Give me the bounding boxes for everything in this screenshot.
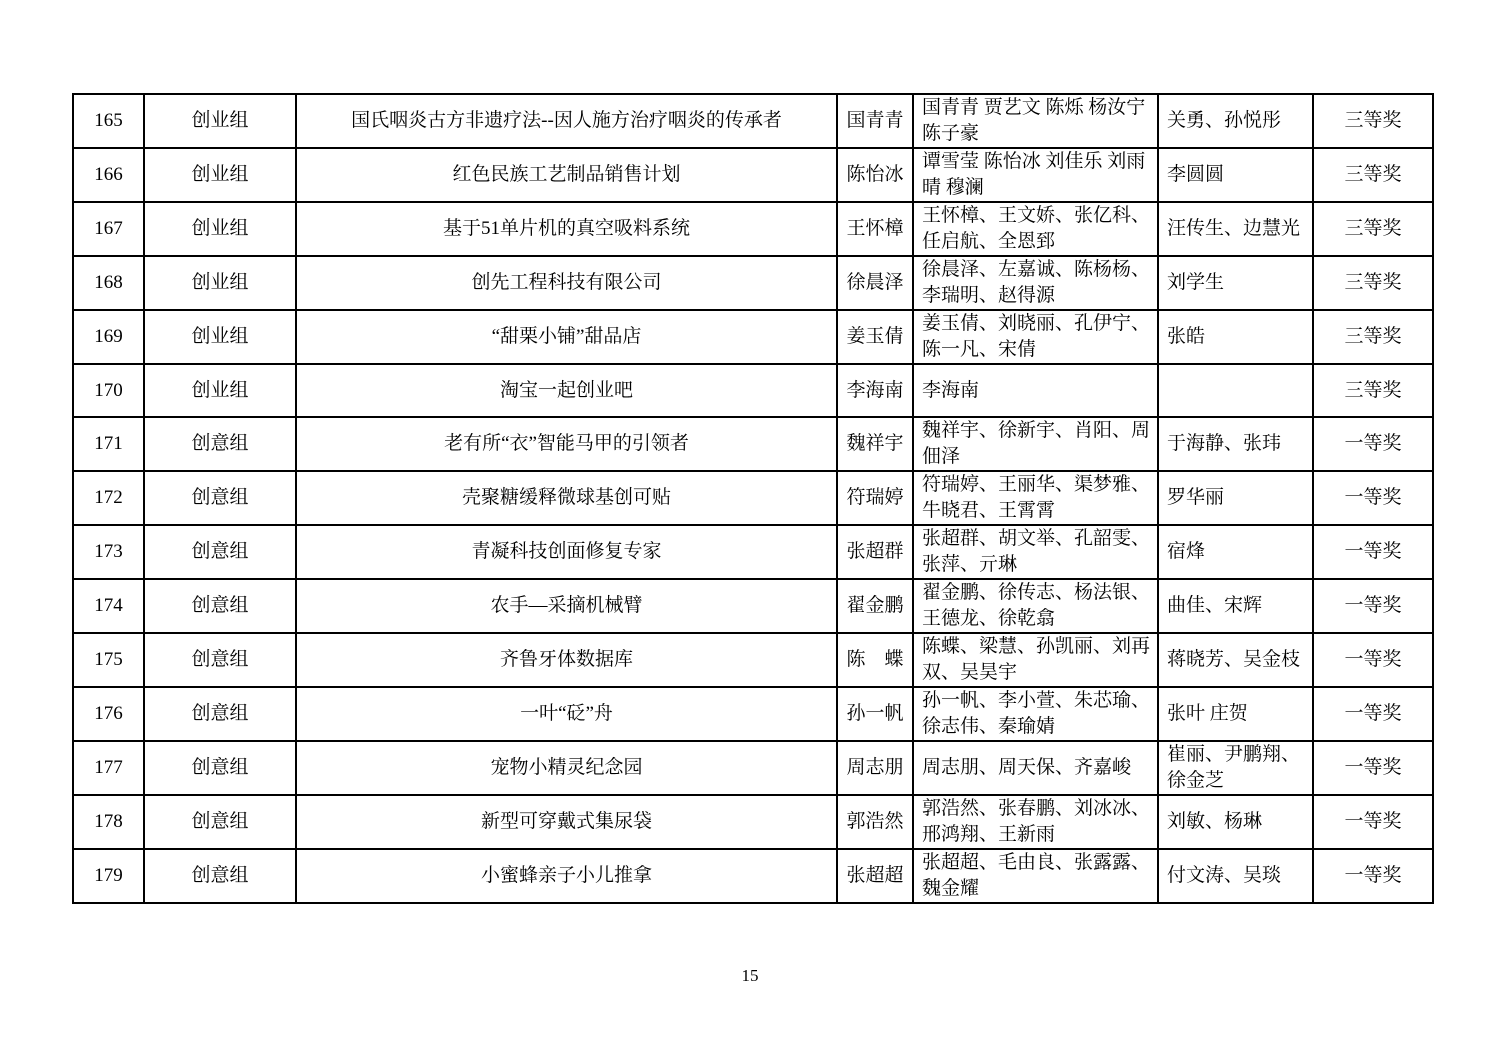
cell-project-name: 创先工程科技有限公司 bbox=[296, 256, 837, 310]
table-row: 174 创意组 农手—采摘机械臂 翟金鹏 翟金鹏、徐传志、杨法银、王德龙、徐乾翕… bbox=[73, 579, 1433, 633]
cell-advisors: 宿烽 bbox=[1158, 525, 1313, 579]
cell-serial-number: 177 bbox=[73, 741, 144, 795]
cell-advisors bbox=[1158, 364, 1313, 417]
cell-serial-number: 172 bbox=[73, 471, 144, 525]
table-row: 177 创意组 宠物小精灵纪念园 周志朋 周志朋、周天保、齐嘉峻 崔丽、尹鹏翔、… bbox=[73, 741, 1433, 795]
table-row: 170 创业组 淘宝一起创业吧 李海南 李海南 三等奖 bbox=[73, 364, 1433, 417]
cell-advisors: 崔丽、尹鹏翔、徐金芝 bbox=[1158, 741, 1313, 795]
cell-serial-number: 179 bbox=[73, 849, 144, 903]
cell-project-name: 齐鲁牙体数据库 bbox=[296, 633, 837, 687]
cell-project-name: 壳聚糖缓释微球基创可贴 bbox=[296, 471, 837, 525]
cell-leader: 郭浩然 bbox=[837, 795, 913, 849]
cell-leader: 李海南 bbox=[837, 364, 913, 417]
cell-serial-number: 175 bbox=[73, 633, 144, 687]
cell-award: 一等奖 bbox=[1313, 795, 1433, 849]
table-row: 178 创意组 新型可穿戴式集尿袋 郭浩然 郭浩然、张春鹏、刘冰冰、邢鸿翔、王新… bbox=[73, 795, 1433, 849]
cell-group: 创意组 bbox=[144, 795, 296, 849]
table-row: 168 创业组 创先工程科技有限公司 徐晨泽 徐晨泽、左嘉诚、陈杨杨、李瑞明、赵… bbox=[73, 256, 1433, 310]
cell-serial-number: 171 bbox=[73, 417, 144, 471]
cell-leader: 陈 蝶 bbox=[837, 633, 913, 687]
cell-advisors: 于海静、张玮 bbox=[1158, 417, 1313, 471]
cell-leader: 魏祥宇 bbox=[837, 417, 913, 471]
cell-group: 创业组 bbox=[144, 256, 296, 310]
table-row: 167 创业组 基于51单片机的真空吸料系统 王怀樟 王怀樟、王文娇、张亿科、任… bbox=[73, 202, 1433, 256]
cell-group: 创意组 bbox=[144, 417, 296, 471]
cell-serial-number: 173 bbox=[73, 525, 144, 579]
cell-leader: 周志朋 bbox=[837, 741, 913, 795]
cell-award: 三等奖 bbox=[1313, 256, 1433, 310]
cell-group: 创业组 bbox=[144, 364, 296, 417]
cell-advisors: 李圆圆 bbox=[1158, 148, 1313, 202]
cell-project-name: 淘宝一起创业吧 bbox=[296, 364, 837, 417]
cell-advisors: 张皓 bbox=[1158, 310, 1313, 364]
cell-leader: 张超超 bbox=[837, 849, 913, 903]
table-row: 175 创意组 齐鲁牙体数据库 陈 蝶 陈蝶、梁慧、孙凯丽、刘再双、吴昊宇 蒋晓… bbox=[73, 633, 1433, 687]
table-row: 165 创业组 国氏咽炎古方非遗疗法--因人施方治疗咽炎的传承者 国青青 国青青… bbox=[73, 94, 1433, 148]
cell-group: 创业组 bbox=[144, 310, 296, 364]
cell-award: 三等奖 bbox=[1313, 148, 1433, 202]
table-row: 172 创意组 壳聚糖缓释微球基创可贴 符瑞婷 符瑞婷、王丽华、渠梦雅、牛晓君、… bbox=[73, 471, 1433, 525]
cell-advisors: 曲佳、宋辉 bbox=[1158, 579, 1313, 633]
cell-group: 创意组 bbox=[144, 525, 296, 579]
cell-award: 一等奖 bbox=[1313, 633, 1433, 687]
cell-advisors: 张叶 庄贺 bbox=[1158, 687, 1313, 741]
cell-project-name: 农手—采摘机械臂 bbox=[296, 579, 837, 633]
cell-serial-number: 174 bbox=[73, 579, 144, 633]
cell-members: 周志朋、周天保、齐嘉峻 bbox=[913, 741, 1158, 795]
table-row: 173 创意组 青凝科技创面修复专家 张超群 张超群、胡文举、孔韶雯、张萍、亓琳… bbox=[73, 525, 1433, 579]
cell-serial-number: 167 bbox=[73, 202, 144, 256]
cell-project-name: 老有所“衣”智能马甲的引领者 bbox=[296, 417, 837, 471]
cell-advisors: 罗华丽 bbox=[1158, 471, 1313, 525]
cell-group: 创意组 bbox=[144, 687, 296, 741]
cell-members: 谭雪莹 陈怡冰 刘佳乐 刘雨晴 穆澜 bbox=[913, 148, 1158, 202]
cell-leader: 翟金鹏 bbox=[837, 579, 913, 633]
cell-project-name: 宠物小精灵纪念园 bbox=[296, 741, 837, 795]
cell-award: 一等奖 bbox=[1313, 687, 1433, 741]
cell-members: 翟金鹏、徐传志、杨法银、王德龙、徐乾翕 bbox=[913, 579, 1158, 633]
cell-members: 王怀樟、王文娇、张亿科、任启航、全恩郅 bbox=[913, 202, 1158, 256]
cell-group: 创业组 bbox=[144, 94, 296, 148]
table-row: 166 创业组 红色民族工艺制品销售计划 陈怡冰 谭雪莹 陈怡冰 刘佳乐 刘雨晴… bbox=[73, 148, 1433, 202]
award-results-table: 165 创业组 国氏咽炎古方非遗疗法--因人施方治疗咽炎的传承者 国青青 国青青… bbox=[72, 93, 1434, 904]
page-number: 15 bbox=[0, 966, 1500, 986]
cell-advisors: 付文涛、吴琰 bbox=[1158, 849, 1313, 903]
cell-serial-number: 178 bbox=[73, 795, 144, 849]
cell-award: 一等奖 bbox=[1313, 471, 1433, 525]
cell-serial-number: 169 bbox=[73, 310, 144, 364]
cell-group: 创业组 bbox=[144, 148, 296, 202]
cell-award: 三等奖 bbox=[1313, 94, 1433, 148]
cell-project-name: 青凝科技创面修复专家 bbox=[296, 525, 837, 579]
cell-award: 三等奖 bbox=[1313, 202, 1433, 256]
cell-leader: 张超群 bbox=[837, 525, 913, 579]
cell-leader: 王怀樟 bbox=[837, 202, 913, 256]
cell-group: 创意组 bbox=[144, 471, 296, 525]
cell-members: 郭浩然、张春鹏、刘冰冰、邢鸿翔、王新雨 bbox=[913, 795, 1158, 849]
cell-award: 一等奖 bbox=[1313, 849, 1433, 903]
cell-award: 三等奖 bbox=[1313, 310, 1433, 364]
cell-serial-number: 166 bbox=[73, 148, 144, 202]
cell-leader: 符瑞婷 bbox=[837, 471, 913, 525]
cell-serial-number: 170 bbox=[73, 364, 144, 417]
cell-advisors: 汪传生、边慧光 bbox=[1158, 202, 1313, 256]
cell-members: 姜玉倩、刘晓丽、孔伊宁、陈一凡、宋倩 bbox=[913, 310, 1158, 364]
cell-advisors: 蒋晓芳、吴金枝 bbox=[1158, 633, 1313, 687]
cell-project-name: 小蜜蜂亲子小儿推拿 bbox=[296, 849, 837, 903]
cell-leader: 国青青 bbox=[837, 94, 913, 148]
cell-members: 陈蝶、梁慧、孙凯丽、刘再双、吴昊宇 bbox=[913, 633, 1158, 687]
cell-project-name: 国氏咽炎古方非遗疗法--因人施方治疗咽炎的传承者 bbox=[296, 94, 837, 148]
cell-project-name: 基于51单片机的真空吸料系统 bbox=[296, 202, 837, 256]
cell-members: 孙一帆、李小萱、朱芯瑜、徐志伟、秦瑜婧 bbox=[913, 687, 1158, 741]
cell-members: 张超超、毛由良、张露露、魏金耀 bbox=[913, 849, 1158, 903]
table-row: 176 创意组 一叶“砭”舟 孙一帆 孙一帆、李小萱、朱芯瑜、徐志伟、秦瑜婧 张… bbox=[73, 687, 1433, 741]
cell-award: 一等奖 bbox=[1313, 525, 1433, 579]
cell-group: 创业组 bbox=[144, 202, 296, 256]
table-row: 171 创意组 老有所“衣”智能马甲的引领者 魏祥宇 魏祥宇、徐新宇、肖阳、周佃… bbox=[73, 417, 1433, 471]
cell-advisors: 刘敏、杨琳 bbox=[1158, 795, 1313, 849]
cell-members: 国青青 贾艺文 陈烁 杨汝宁 陈子豪 bbox=[913, 94, 1158, 148]
cell-members: 魏祥宇、徐新宇、肖阳、周佃泽 bbox=[913, 417, 1158, 471]
cell-award: 三等奖 bbox=[1313, 364, 1433, 417]
cell-serial-number: 176 bbox=[73, 687, 144, 741]
cell-serial-number: 165 bbox=[73, 94, 144, 148]
cell-leader: 陈怡冰 bbox=[837, 148, 913, 202]
cell-project-name: 红色民族工艺制品销售计划 bbox=[296, 148, 837, 202]
cell-advisors: 关勇、孙悦彤 bbox=[1158, 94, 1313, 148]
cell-serial-number: 168 bbox=[73, 256, 144, 310]
cell-leader: 姜玉倩 bbox=[837, 310, 913, 364]
award-table-body: 165 创业组 国氏咽炎古方非遗疗法--因人施方治疗咽炎的传承者 国青青 国青青… bbox=[73, 94, 1433, 903]
cell-members: 李海南 bbox=[913, 364, 1158, 417]
cell-leader: 孙一帆 bbox=[837, 687, 913, 741]
cell-award: 一等奖 bbox=[1313, 417, 1433, 471]
cell-group: 创意组 bbox=[144, 633, 296, 687]
cell-project-name: 一叶“砭”舟 bbox=[296, 687, 837, 741]
cell-members: 徐晨泽、左嘉诚、陈杨杨、李瑞明、赵得源 bbox=[913, 256, 1158, 310]
cell-project-name: 新型可穿戴式集尿袋 bbox=[296, 795, 837, 849]
cell-group: 创意组 bbox=[144, 849, 296, 903]
cell-members: 张超群、胡文举、孔韶雯、张萍、亓琳 bbox=[913, 525, 1158, 579]
cell-award: 一等奖 bbox=[1313, 579, 1433, 633]
cell-leader: 徐晨泽 bbox=[837, 256, 913, 310]
cell-advisors: 刘学生 bbox=[1158, 256, 1313, 310]
cell-group: 创意组 bbox=[144, 579, 296, 633]
cell-group: 创意组 bbox=[144, 741, 296, 795]
cell-members: 符瑞婷、王丽华、渠梦雅、牛晓君、王霄霄 bbox=[913, 471, 1158, 525]
cell-award: 一等奖 bbox=[1313, 741, 1433, 795]
table-row: 169 创业组 “甜栗小铺”甜品店 姜玉倩 姜玉倩、刘晓丽、孔伊宁、陈一凡、宋倩… bbox=[73, 310, 1433, 364]
cell-project-name: “甜栗小铺”甜品店 bbox=[296, 310, 837, 364]
table-row: 179 创意组 小蜜蜂亲子小儿推拿 张超超 张超超、毛由良、张露露、魏金耀 付文… bbox=[73, 849, 1433, 903]
